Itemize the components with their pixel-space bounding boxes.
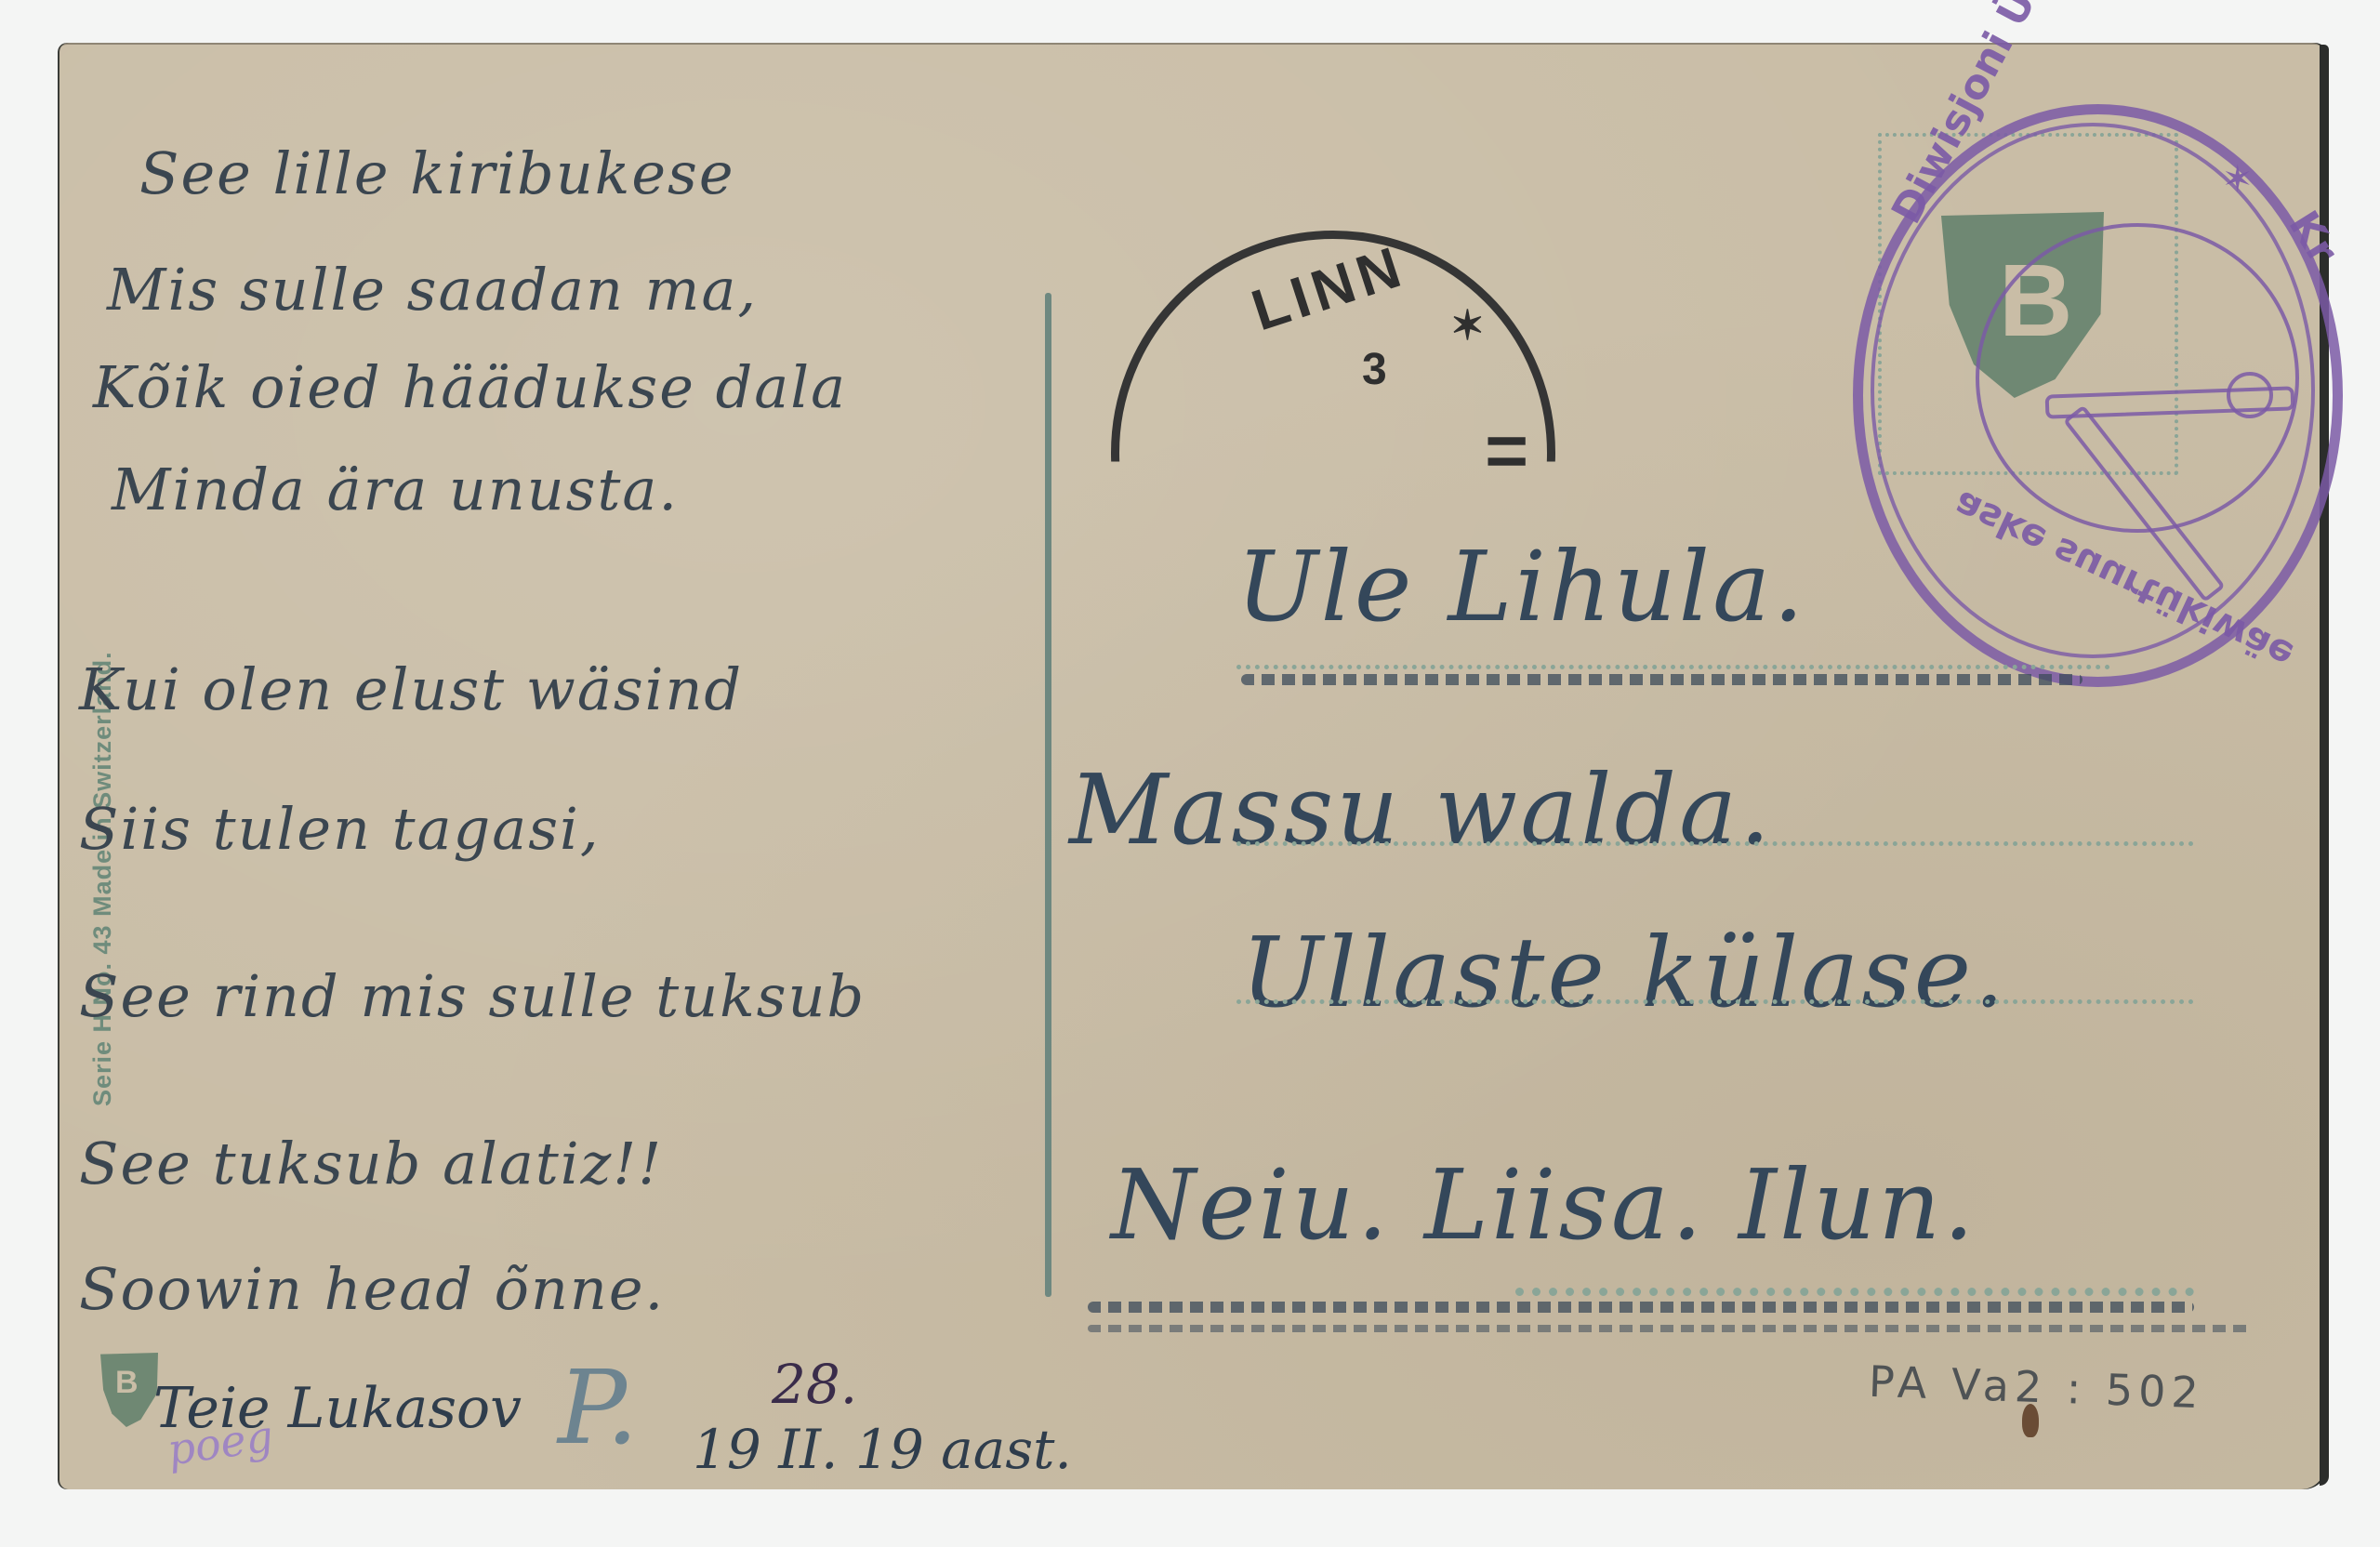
ink-stain [2022,1404,2039,1437]
message-line: Soowin head õnne. [79,1255,665,1323]
seal-star: ✶ [2222,158,2254,201]
address-line: Massu walda. [1069,753,1773,866]
postmark-star: ✶ [1450,302,1490,350]
underline-flourish [1088,1302,2194,1313]
publisher-shield-letter: B [115,1365,139,1401]
message-line: See tuksub alatiz!! [79,1130,663,1197]
signature-initial: P. [558,1348,639,1467]
address-divider [1045,293,1051,1297]
date-day: 28. [772,1353,857,1416]
message-line: See lille kiribukese [139,139,735,207]
address-line: Ullaste külase. [1241,916,2007,1029]
underline-flourish [1241,674,2082,685]
postmark-number: 3 [1362,344,1393,395]
underline-flourish [1088,1325,2250,1332]
cannon-wheel-icon [2227,372,2273,418]
message-line: Minda ära unusta. [112,456,679,523]
address-rule [1236,665,2110,669]
message-line: Mis sulle saadan ma, [107,256,758,324]
address-line: Ule Lihula. [1236,530,1806,643]
address-rule [1515,1288,2194,1296]
address-line: Neiu. Liisa. Ilun. [1111,1148,1977,1262]
address-rule [1236,999,2194,1004]
address-rule [1236,841,2194,846]
message-line: See rind mis sulle tuksub [79,962,866,1030]
message-line: Kõik oied häädukse dala [93,353,847,421]
message-line: Siis tulen tagasi, [79,795,601,863]
message-line: Kui olen elust wäsind [79,655,743,723]
postmark-date-fragment: II [1475,433,1538,474]
date-line: 19 II. 19 aast. [693,1418,1072,1481]
